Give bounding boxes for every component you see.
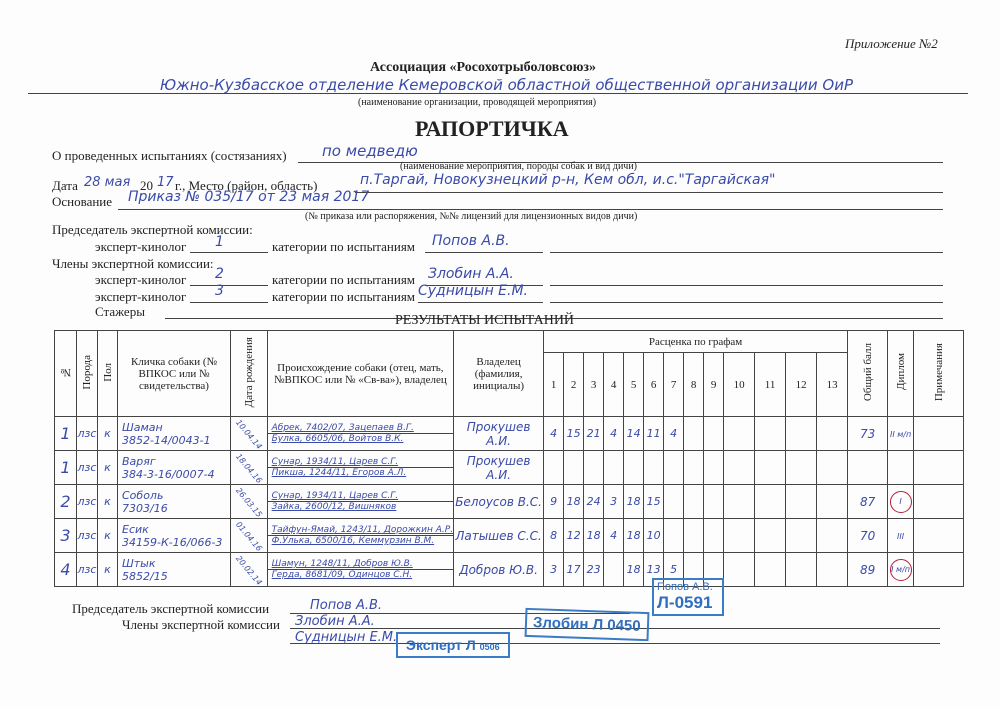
expert1-category: 1 (215, 234, 224, 250)
row-score-7 (664, 451, 684, 485)
row-score-3: 18 (584, 519, 604, 553)
header-score-11: 11 (755, 353, 786, 417)
dam: Ф.Улька, 6500/16, Кеммурзин В.М. (268, 536, 453, 546)
date-label: Дата (52, 178, 78, 194)
expert2-label: эксперт-кинолог (95, 272, 186, 288)
row-origin: Шамун, 1248/11, Добров Ю.В.Герда, 8681/0… (267, 553, 453, 587)
row-score-5: 18 (624, 519, 644, 553)
dog-reg: 7303/16 (118, 502, 230, 515)
sire: Абрек, 7402/07, Зацепаев В.Г. (268, 423, 453, 434)
header-notes: Примечания (914, 331, 964, 417)
diploma-value: I м/п (890, 559, 912, 581)
event-value: по медведю (322, 142, 418, 160)
row-diploma: II м/п (888, 417, 914, 451)
header-score-6: 6 (644, 353, 664, 417)
header-score-3: 3 (584, 353, 604, 417)
row-score-8 (684, 519, 704, 553)
row-score-1: 3 (544, 553, 564, 587)
row-score-3: 23 (584, 553, 604, 587)
row-owner: Прокушев А.И. (454, 417, 544, 451)
header-dog-name: Кличка собаки (№ ВПКОС или № свидетельст… (118, 331, 231, 417)
row-origin: Сунар, 1934/11, Царев С.Г.Зайка, 2600/12… (267, 485, 453, 519)
row-score-10 (724, 451, 755, 485)
header-num: № (55, 331, 77, 417)
row-birth: 18.04.16 (231, 451, 268, 485)
row-score-13 (817, 485, 848, 519)
row-num: 4 (55, 553, 77, 587)
dog-name: Есик (118, 523, 230, 536)
expert1-category-label: категории по испытаниям (272, 239, 415, 255)
row-num: 3 (55, 519, 77, 553)
row-total: 89 (848, 553, 888, 587)
row-num: 2 (55, 485, 77, 519)
header-score-9: 9 (704, 353, 724, 417)
row-breed: лзс (77, 519, 98, 553)
row-sex: к (98, 485, 118, 519)
appendix-label: Приложение №2 (845, 36, 938, 52)
row-notes (914, 417, 964, 451)
row-owner: Латышев С.С. (454, 519, 544, 553)
sign-chair-name: Попов А.В. (310, 598, 382, 613)
dog-name: Шаман (118, 421, 230, 434)
row-num: 1 (55, 451, 77, 485)
association-title: Ассоциация «Росохотрыболовсоюз» (370, 60, 596, 76)
row-score-13 (817, 519, 848, 553)
row-score-5: 18 (624, 553, 644, 587)
row-breed: лзс (77, 485, 98, 519)
birth-date: 18.04.16 (234, 452, 264, 485)
row-score-12 (786, 451, 817, 485)
place-value: п.Таргай, Новокузнецкий р-н, Кем обл, и.… (360, 172, 775, 188)
row-score-1: 4 (544, 417, 564, 451)
row-score-7 (664, 485, 684, 519)
header-score-1: 1 (544, 353, 564, 417)
row-score-11 (755, 451, 786, 485)
header-total: Общий балл (848, 331, 888, 417)
row-score-12 (786, 485, 817, 519)
row-score-11 (755, 519, 786, 553)
birth-date: 20.02.14 (234, 554, 264, 587)
sign-member1-name: Злобин А.А. (295, 614, 375, 629)
row-score-6: 15 (644, 485, 664, 519)
diploma-value: III (897, 532, 904, 541)
row-sex: к (98, 451, 118, 485)
row-owner: Прокушев А.И. (454, 451, 544, 485)
row-notes (914, 519, 964, 553)
expert3-category-label: категории по испытаниям (272, 289, 415, 305)
header-score-2: 2 (564, 353, 584, 417)
row-score-10 (724, 485, 755, 519)
basis-label: Основание (52, 194, 112, 210)
row-score-12 (786, 553, 817, 587)
row-score-7: 4 (664, 417, 684, 451)
row-diploma: I (888, 485, 914, 519)
row-birth: 10.04.14 (231, 417, 268, 451)
birth-date: 26.03.15 (234, 486, 264, 519)
row-score-8 (684, 485, 704, 519)
row-score-12 (786, 417, 817, 451)
row-score-6: 10 (644, 519, 664, 553)
header-sex: Пол (98, 331, 118, 417)
expert3-name: Судницын Е.М. (418, 283, 528, 299)
row-score-1 (544, 451, 564, 485)
sign-chair-label: Председатель экспертной комиссии (72, 601, 269, 617)
year-value: 17 (157, 175, 174, 190)
row-score-5 (624, 451, 644, 485)
row-notes (914, 553, 964, 587)
row-score-1: 8 (544, 519, 564, 553)
row-origin: Абрек, 7402/07, Зацепаев В.Г.Булка, 6605… (267, 417, 453, 451)
row-score-12 (786, 519, 817, 553)
row-score-11 (755, 417, 786, 451)
row-score-8 (684, 417, 704, 451)
sire: Шамун, 1248/11, Добров Ю.В. (268, 559, 453, 570)
table-row: 3лзскЕсик34159-К-16/066-301.04.16Тайфун-… (55, 519, 964, 553)
row-diploma: III (888, 519, 914, 553)
row-breed: лзс (77, 417, 98, 451)
results-title: РЕЗУЛЬТАТЫ ИСПЫТАНИЙ (395, 313, 574, 329)
row-score-13 (817, 417, 848, 451)
header-owner: Владелец (фамилия, инициалы) (454, 331, 544, 417)
expert2-name: Злобин А.А. (428, 266, 514, 282)
row-sex: к (98, 553, 118, 587)
expert2-category: 2 (215, 266, 224, 282)
diploma-value: II м/п (890, 430, 911, 439)
row-score-8 (684, 451, 704, 485)
row-score-10 (724, 417, 755, 451)
expert1-label: эксперт-кинолог (95, 239, 186, 255)
row-score-4 (604, 553, 624, 587)
table-row: 4лзскШтык5852/1520.02.14Шамун, 1248/11, … (55, 553, 964, 587)
row-score-6 (644, 451, 664, 485)
row-dog-name: Есик34159-К-16/066-3 (118, 519, 231, 553)
diploma-value: I (890, 491, 912, 513)
header-birth: Дата рождения (231, 331, 268, 417)
row-birth: 01.04.16 (231, 519, 268, 553)
dam: Зайка, 2600/12, Вишняков (268, 502, 453, 512)
expert2-category-label: категории по испытаниям (272, 272, 415, 288)
row-total: 87 (848, 485, 888, 519)
row-total: 70 (848, 519, 888, 553)
row-score-13 (817, 553, 848, 587)
dog-reg: 384-3-16/0007-4 (118, 468, 230, 481)
dog-name: Варяг (118, 455, 230, 468)
row-score-5: 18 (624, 485, 644, 519)
header-score-5: 5 (624, 353, 644, 417)
dog-reg: 3852-14/0043-1 (118, 434, 230, 447)
sire: Сунар, 1934/11, Царев С.Г. (268, 491, 453, 502)
row-score-4: 4 (604, 417, 624, 451)
row-score-3: 21 (584, 417, 604, 451)
row-dog-name: Штык5852/15 (118, 553, 231, 587)
trainees-label: Стажеры (95, 304, 145, 320)
table-row: 2лзскСоболь7303/1626.03.15Сунар, 1934/11… (55, 485, 964, 519)
organization-caption: (наименование организации, проводящей ме… (358, 97, 596, 108)
row-score-10 (724, 519, 755, 553)
basis-caption: (№ приказа или распоряжения, №№ лицензий… (305, 211, 637, 222)
row-score-13 (817, 451, 848, 485)
row-total: 73 (848, 417, 888, 451)
date-value: 28 мая (84, 175, 130, 190)
dam: Пикша, 1244/11, Егоров А.Л. (268, 468, 453, 478)
members-label: Члены экспертной комиссии: (52, 256, 214, 272)
row-score-11 (755, 485, 786, 519)
row-score-2: 18 (564, 485, 584, 519)
row-sex: к (98, 519, 118, 553)
header-score-7: 7 (664, 353, 684, 417)
header-score-13: 13 (817, 353, 848, 417)
row-score-6: 11 (644, 417, 664, 451)
row-score-1: 9 (544, 485, 564, 519)
basis-value: Приказ № 035/17 от 23 мая 2017 (128, 189, 369, 205)
row-score-9 (704, 451, 724, 485)
row-breed: лзс (77, 553, 98, 587)
row-score-2 (564, 451, 584, 485)
header-score-12: 12 (786, 353, 817, 417)
event-caption: (наименование мероприятия, породы собак … (400, 161, 637, 172)
sire: Тайфун-Ямай, 1243/11, Дорожкин А.Р. (268, 525, 453, 536)
header-origin: Происхождение собаки (отец, мать, №ВПКОС… (267, 331, 453, 417)
birth-date: 10.04.14 (234, 418, 264, 451)
row-score-9 (704, 485, 724, 519)
row-diploma (888, 451, 914, 485)
row-notes (914, 485, 964, 519)
header-score-4: 4 (604, 353, 624, 417)
birth-date: 01.04.16 (234, 520, 264, 553)
stamp-zlobin: Злобин Л 0450 (525, 608, 650, 641)
row-total (848, 451, 888, 485)
dog-name: Штык (118, 557, 230, 570)
row-birth: 20.02.14 (231, 553, 268, 587)
row-score-3 (584, 451, 604, 485)
row-origin: Сунар, 1934/11, Царев С.Г.Пикша, 1244/11… (267, 451, 453, 485)
dam: Герда, 8681/09, Одинцов С.Н. (268, 570, 453, 580)
sign-members-label: Члены экспертной комиссии (122, 617, 280, 633)
header-score-8: 8 (684, 353, 704, 417)
header-scores-group: Расценка по графам (544, 331, 848, 353)
row-score-3: 24 (584, 485, 604, 519)
row-score-2: 17 (564, 553, 584, 587)
row-score-4: 4 (604, 519, 624, 553)
row-breed: лзс (77, 451, 98, 485)
row-dog-name: Варяг384-3-16/0007-4 (118, 451, 231, 485)
row-sex: к (98, 417, 118, 451)
row-score-5: 14 (624, 417, 644, 451)
header-breed: Порода (77, 331, 98, 417)
row-num: 1 (55, 417, 77, 451)
header-score-10: 10 (724, 353, 755, 417)
dog-reg: 34159-К-16/066-3 (118, 536, 230, 549)
row-score-2: 15 (564, 417, 584, 451)
expert3-label: эксперт-кинолог (95, 289, 186, 305)
row-score-7 (664, 519, 684, 553)
stamp-popov: Попов А.В. Л-0591 (652, 578, 724, 616)
sign-member2-name: Судницын Е.М. (295, 630, 397, 645)
row-score-9 (704, 417, 724, 451)
expert1-name: Попов А.В. (432, 233, 510, 249)
stamp-expert: Эксперт Л 0506 (396, 632, 510, 658)
event-label: О проведенных испытаниях (состязаниях) (52, 148, 287, 164)
row-owner: Белоусов В.С. (454, 485, 544, 519)
results-table: № Порода Пол Кличка собаки (№ ВПКОС или … (54, 330, 964, 587)
organization-value: Южно-Кузбасское отделение Кемеровской об… (160, 76, 853, 94)
expert3-category: 3 (215, 283, 224, 299)
header-diploma: Диплом (888, 331, 914, 417)
table-row: 1лзскШаман3852-14/0043-110.04.14Абрек, 7… (55, 417, 964, 451)
row-diploma: I м/п (888, 553, 914, 587)
dog-name: Соболь (118, 489, 230, 502)
row-score-2: 12 (564, 519, 584, 553)
row-origin: Тайфун-Ямай, 1243/11, Дорожкин А.Р.Ф.Уль… (267, 519, 453, 553)
row-score-9 (704, 519, 724, 553)
row-dog-name: Шаман3852-14/0043-1 (118, 417, 231, 451)
row-notes (914, 451, 964, 485)
row-dog-name: Соболь7303/16 (118, 485, 231, 519)
row-score-10 (724, 553, 755, 587)
row-score-11 (755, 553, 786, 587)
table-row: 1лзскВаряг384-3-16/0007-418.04.16Сунар, … (55, 451, 964, 485)
document-title: РАПОРТИЧКА (415, 116, 569, 142)
row-score-4 (604, 451, 624, 485)
row-owner: Добров Ю.В. (454, 553, 544, 587)
row-birth: 26.03.15 (231, 485, 268, 519)
dog-reg: 5852/15 (118, 570, 230, 583)
dam: Булка, 6605/06, Войтов В.К. (268, 434, 453, 444)
sire: Сунар, 1934/11, Царев С.Г. (268, 457, 453, 468)
row-score-4: 3 (604, 485, 624, 519)
